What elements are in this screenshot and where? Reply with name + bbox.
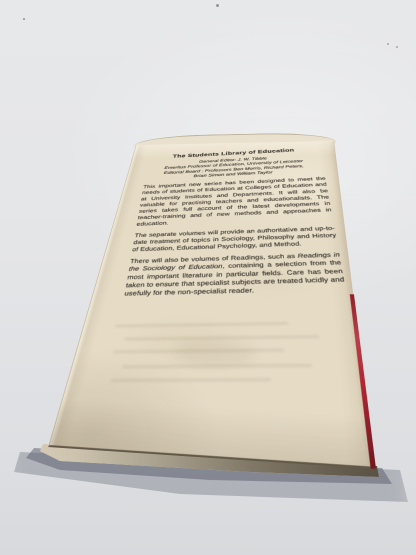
dust-speck xyxy=(387,43,389,45)
show-through-mark xyxy=(124,335,319,341)
show-through-mark xyxy=(115,322,288,328)
dust-speck xyxy=(216,4,219,7)
cover-text-block: The Students Library of Education Genera… xyxy=(124,146,347,298)
blurb-paragraph-2: The separate volumes will provide an aut… xyxy=(132,225,339,254)
blurb-paragraph-3: There will also be volumes of Readings, … xyxy=(124,251,347,298)
blurb-paragraph-1: This important new series has been desig… xyxy=(136,176,333,228)
product-photo: The Students Library of Education Genera… xyxy=(0,0,416,555)
dust-speck xyxy=(396,46,398,48)
show-through-mark xyxy=(111,378,271,382)
dust-speck xyxy=(23,18,25,20)
